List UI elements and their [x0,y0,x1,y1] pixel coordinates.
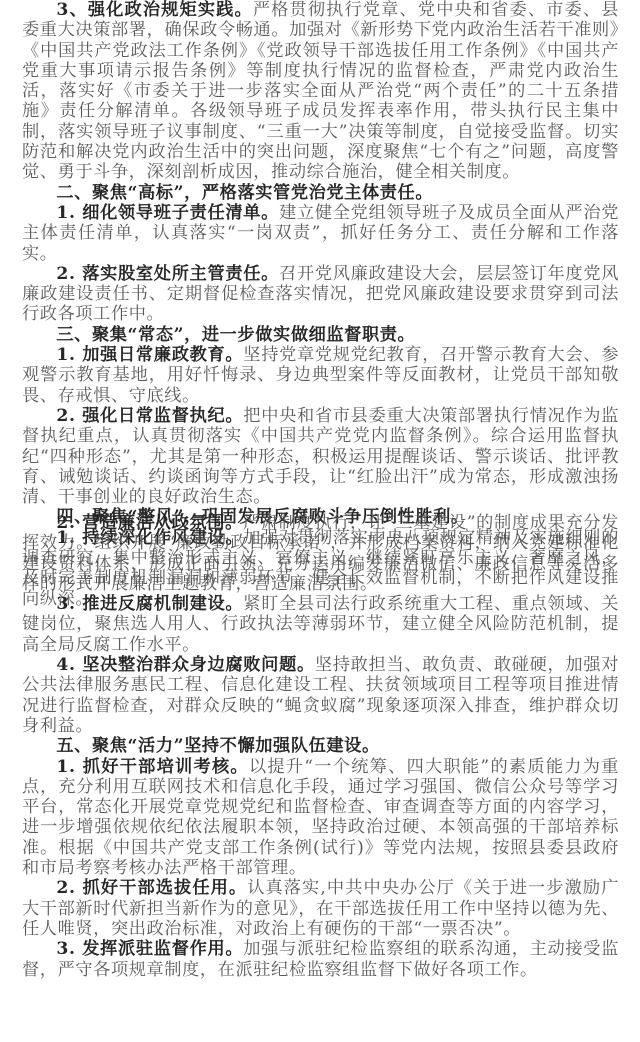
paragraph-item: 2. 营造廉洁从政氛围。严肃制度执行，让“三基建设”的制度成果充分发挥效力。组织… [22,513,619,594]
section-heading-5: 五、聚焦“活力”坚持不懈加强队伍建设。 [22,736,619,756]
paragraph-item: 3. 推进反腐机制建设。紧盯全县司法行政系统重大工程、重点领域、关键岗位，聚焦选… [22,594,619,655]
paragraph-lead: 2. 强化日常监督执纪。 [56,406,243,426]
paragraph-lead: 2. 营造廉洁从政氛围。 [56,513,243,533]
section-heading-3: 三、聚集“常态”，进一步做实做细监督职责。 [22,325,619,345]
paragraph-item: 1. 细化领导班子责任清单。建立健全党组领导班子及成员全面从严治党主体责任清单，… [22,203,619,264]
paragraph-lead: 2. 抓好干部选拔任用。 [56,878,247,898]
paragraph-item: 2. 落实股室处所主管责任。召开党风廉政建设大会，层层签订年度党风廉政建设责任书… [22,264,619,325]
paragraph-political-rules: 3、强化政治规矩实践。严格贯彻执行党章、党中央和省委、市委、县委重大决策部署，确… [22,0,619,183]
document-page-lower: 2. 营造廉洁从政氛围。严肃制度执行，让“三基建设”的制度成果充分发挥效力。组织… [22,513,619,980]
paragraph-item: 4. 坚决整治群众身边腐败问题。坚持敢担当、敢负责、敢碰硬，加强对公共法律服务惠… [22,655,619,736]
paragraph-lead: 4. 坚决整治群众身边腐败问题。 [56,655,314,675]
paragraph-lead: 3、强化政治规矩实践。 [56,0,252,20]
paragraph-item: 2. 抓好干部选拔任用。认真落实,中共中央办公厅《关于进一步激励广大干部新时代新… [22,878,619,939]
paragraph-item: 1. 加强日常廉政教育。坚持党章党规党纪教育，召开警示教育大会、参观警示教育基地… [22,345,619,406]
paragraph-lead: 1. 加强日常廉政教育。 [56,345,243,365]
paragraph-item: 2. 强化日常监督执纪。把中央和省市县委重大决策部署执行情况作为监督执纪重点，认… [22,406,619,507]
paragraph-body: 严格贯彻执行党章、党中央和省委、市委、县委重大决策部署，确保政令畅通。加强对《新… [22,0,619,182]
paragraph-lead: 1. 抓好干部培训考核。 [56,757,249,777]
paragraph-lead: 3. 发挥派驻监督作用。 [56,939,243,959]
paragraph-lead: 3. 推进反腐机制建设。 [56,594,243,614]
paragraph-item: 3. 发挥派驻监督作用。加强与派驻纪检监察组的联系沟通，主动接受监督，严守各项规… [22,939,619,980]
paragraph-lead: 1. 细化领导班子责任清单。 [56,203,279,223]
paragraph-lead: 2. 落实股室处所主管责任。 [56,264,279,284]
paragraph-item: 1. 抓好干部培训考核。以提升“一个统筹、四大职能”的素质能力为重点，充分利用互… [22,757,619,879]
section-heading-2: 二、聚焦“高标”，严格落实管党治党主体责任。 [22,183,619,203]
